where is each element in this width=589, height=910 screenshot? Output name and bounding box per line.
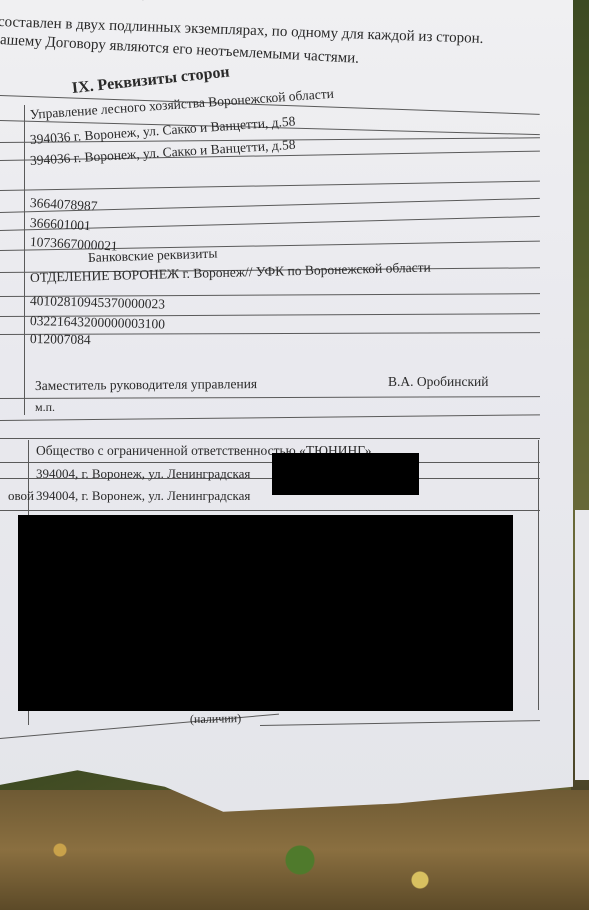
table-rule: [0, 510, 540, 511]
party1-account-2: 03221643200000003100: [30, 313, 165, 333]
party2-legal-address: 394004, г. Воронеж, ул. Ленинградская: [36, 466, 250, 482]
party1-stamp: м.п.: [35, 400, 55, 415]
table-rule: [0, 396, 540, 399]
intro-line-0: настоящего: [90, 0, 164, 5]
table-rule: [0, 438, 540, 439]
table-rule: [0, 181, 540, 191]
table-rule: [260, 720, 540, 726]
party1-bank-header: Банковские реквизиты: [88, 245, 218, 266]
party1-signer-title: Заместитель руководителя управления: [35, 376, 257, 394]
party1-account-1: 40102810945370000023: [30, 293, 165, 313]
party2-postal-address: 394004, г. Воронеж, ул. Ленинградская: [36, 488, 250, 504]
party1-signer-name: В.А. Оробинский: [388, 374, 488, 390]
redaction-block: [272, 453, 419, 495]
table1-divider: [24, 105, 25, 415]
second-sheet-edge: [575, 510, 589, 780]
party2-postal-label: овой: [8, 488, 34, 504]
section-title: IX. Реквизиты сторон: [71, 63, 230, 97]
table2-border: [538, 440, 539, 710]
party1-bik: 012007084: [30, 331, 91, 348]
redaction-block: [18, 515, 513, 711]
party2-footer-fragment: (наличии): [190, 711, 241, 727]
table-rule: [0, 462, 540, 463]
table-rule: [0, 414, 540, 421]
party1-kpp: 366601001: [30, 215, 92, 234]
